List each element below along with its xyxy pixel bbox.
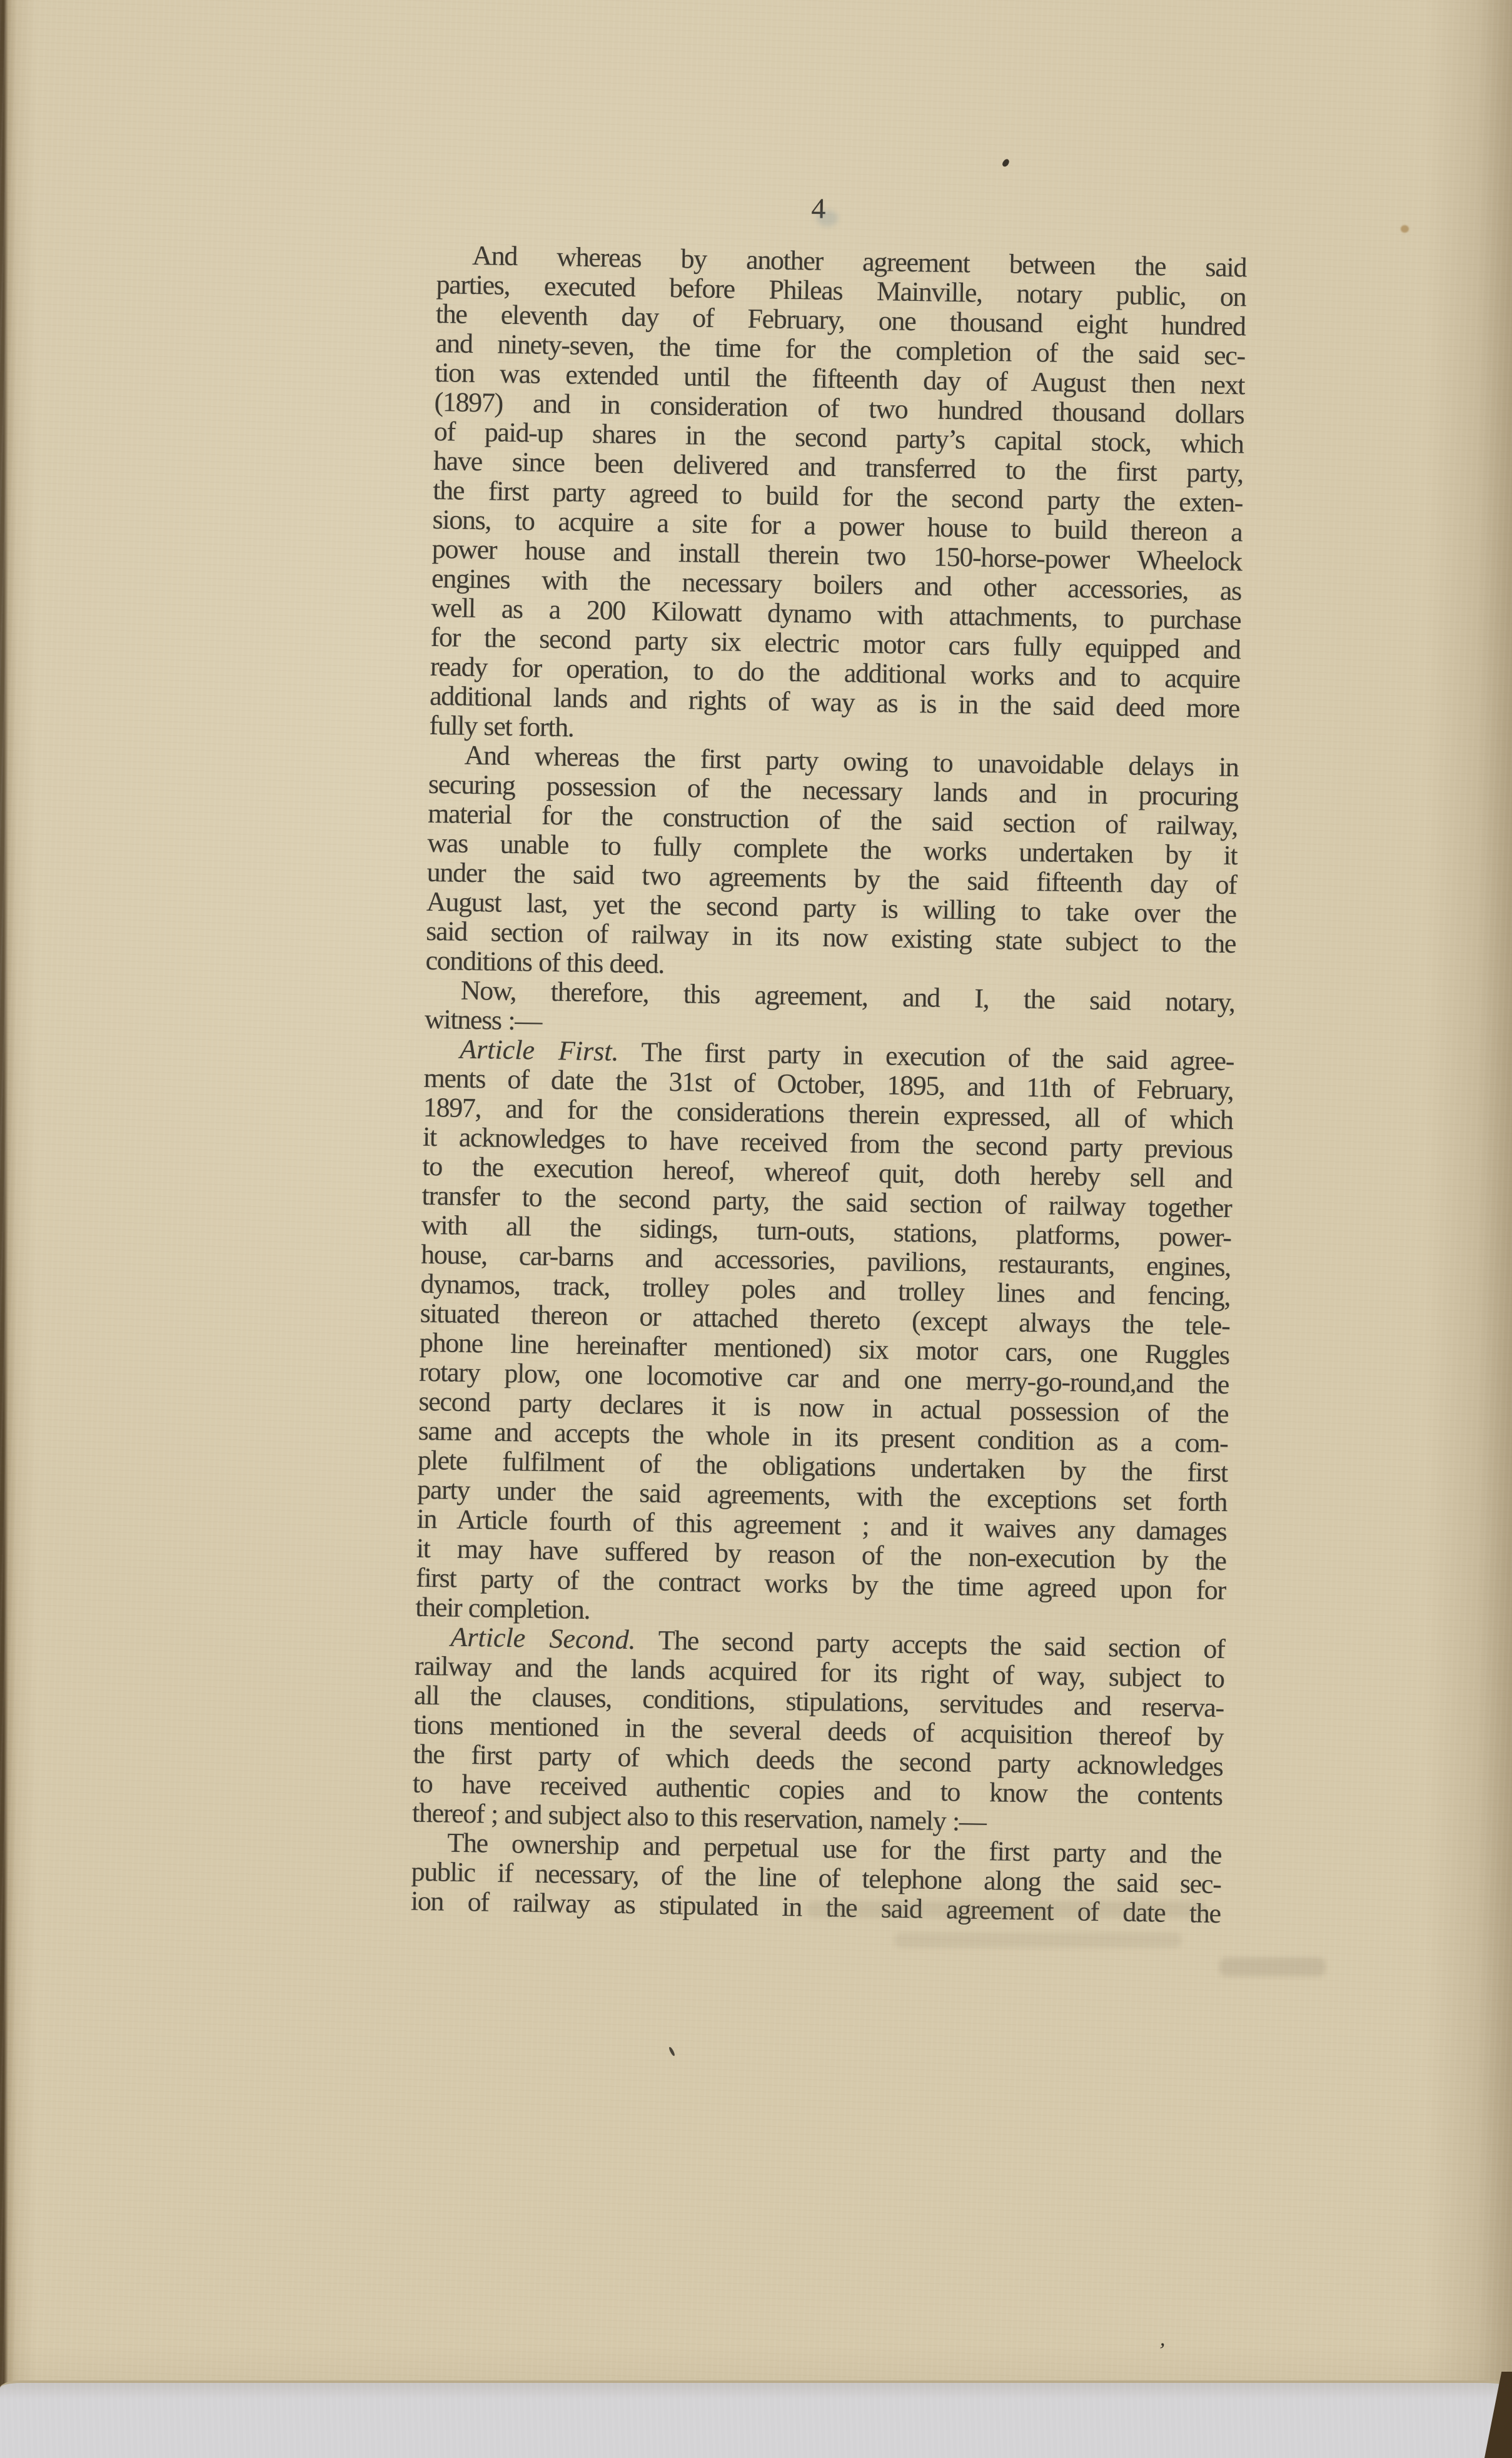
- article-heading: Article First.: [460, 1034, 619, 1067]
- scanned-page: 4 And whereas by another agreement betwe…: [0, 0, 1512, 2458]
- text-block: 4 And whereas by another agreement betwe…: [411, 186, 1247, 1928]
- document-text: And whereas by another agreement between…: [411, 240, 1247, 1928]
- underlying-page: [0, 2380, 1512, 2458]
- article-heading: Article Second.: [450, 1622, 636, 1656]
